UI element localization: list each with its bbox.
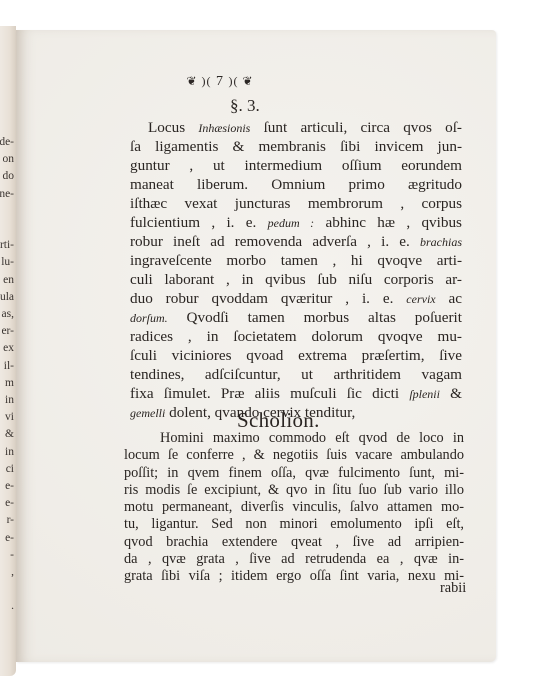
facing-page-fragment: as, [0, 306, 14, 322]
text-line: locum ſe conferre , & negotiis ſuis vaca… [124, 447, 464, 464]
text-line: ſculi viciniores qvoad extrema præſertim… [130, 346, 462, 365]
text-line: fulcientium , i. e. pedum : abhinc hæ , … [130, 213, 462, 232]
italic-term: pedum : [268, 216, 315, 230]
text-line: dorſum. Qvodſi tamen morbus altas poſuer… [130, 308, 462, 327]
facing-page-fragment: vi [0, 409, 14, 425]
facing-page-fragment: ex [0, 340, 14, 356]
facing-page-fragment: in [0, 392, 14, 408]
facing-page-fragment: er- [0, 323, 14, 339]
text-line: fixa ſimulet. Præ aliis muſculi ſic dict… [130, 384, 462, 403]
text-line: ſa ligamentis & membranis ſibi invicem j… [130, 137, 462, 156]
text-line: grata ſibi viſa ; itidem ergo oſſa ſint … [124, 568, 464, 585]
italic-term: ſplenii [409, 387, 440, 401]
facing-page-fragment: - [0, 547, 14, 563]
facing-page-fragment: e- [0, 478, 14, 494]
italic-term: cervix [406, 292, 435, 306]
text-line: radices , in ſocietatem dolorum qvoqve m… [130, 327, 462, 346]
italic-term: Inhæsionis [198, 121, 250, 135]
ornament-right-icon: )( ❦ [229, 74, 254, 88]
facing-page-fragment: . [0, 598, 14, 614]
italic-term: dorſum. [130, 311, 168, 325]
catchword: rabii [440, 580, 466, 597]
italic-term: gemelli [130, 406, 165, 420]
facing-page-fragment: , [0, 564, 14, 580]
facing-page-fragment: m [0, 375, 14, 391]
text-line: culi laborant , in qvibus ſub niſu corpo… [130, 270, 462, 289]
text-line: iſthæc vexat juncturas membrorum , corpu… [130, 194, 462, 213]
facing-page-edge: de-ondone-rti-lu-enulaas,er-exil-minvi&i… [0, 26, 16, 676]
text-line: duo robur qvoddam qværitur , i. e. cervi… [130, 289, 462, 308]
text-line: guntur , ut intermedium oſſium eorundem [130, 156, 462, 175]
running-headline: ❦ )( 7 )( ❦ [170, 74, 270, 90]
facing-page-fragment: on [0, 151, 14, 167]
text-line: ingraveſcente morbo tamen , hi qvoqve ar… [130, 251, 462, 270]
ornament-left-icon: ❦ )( [186, 74, 211, 88]
facing-page-fragment: de- [0, 134, 14, 150]
text-line: robur ineſt ad removenda adverſa , i. e.… [130, 232, 462, 251]
facing-page-fragment: ci [0, 461, 14, 477]
main-paragraph: Locus Inhæsionis ſunt articuli, circa qv… [130, 118, 462, 422]
text-line: motu permaneant, diverſis vinculis, ſalv… [124, 499, 464, 516]
italic-term: brachias [420, 235, 462, 249]
facing-page-fragment: en [0, 272, 14, 288]
text-line: ris modis ſe excipiunt, & qvo in ſitu ſu… [124, 482, 464, 499]
text-line: qvod brachia extendere qveat , ſive ad a… [124, 534, 464, 551]
facing-page-fragment: & [0, 426, 14, 442]
facing-page-fragment: in [0, 444, 14, 460]
facing-page-fragment: e- [0, 495, 14, 511]
text-line: tu, ligantur. Sed non minori emolumento … [124, 516, 464, 533]
facing-page-fragment: lu- [0, 254, 14, 270]
facing-page-fragment: rti- [0, 237, 14, 253]
facing-page-fragment: e- [0, 530, 14, 546]
facing-page-fragment: il- [0, 358, 14, 374]
text-line: Locus Inhæsionis ſunt articuli, circa qv… [130, 118, 462, 137]
page-number: 7 [216, 74, 224, 89]
text-line: Homini maximo commodo eſt qvod de loco i… [124, 430, 464, 447]
text-line: maneat liberum. Omnium primo ægritudo [130, 175, 462, 194]
facing-page-fragment: ula [0, 289, 14, 305]
facing-page-fragment: do [0, 168, 14, 184]
facing-page-fragment: ne- [0, 186, 14, 202]
facing-page-fragment: r- [0, 512, 14, 528]
section-number: §. 3. [230, 96, 300, 116]
text-line: da , qvæ grata , ſive ad retrudenda ea ,… [124, 551, 464, 568]
text-line: poſſit; in qvem finem oſſa, qvæ fulcimen… [124, 465, 464, 482]
scholion-paragraph: Homini maximo commodo eſt qvod de loco i… [124, 430, 464, 586]
text-line: tendines, adſciſcuntur, ut arthritidem v… [130, 365, 462, 384]
